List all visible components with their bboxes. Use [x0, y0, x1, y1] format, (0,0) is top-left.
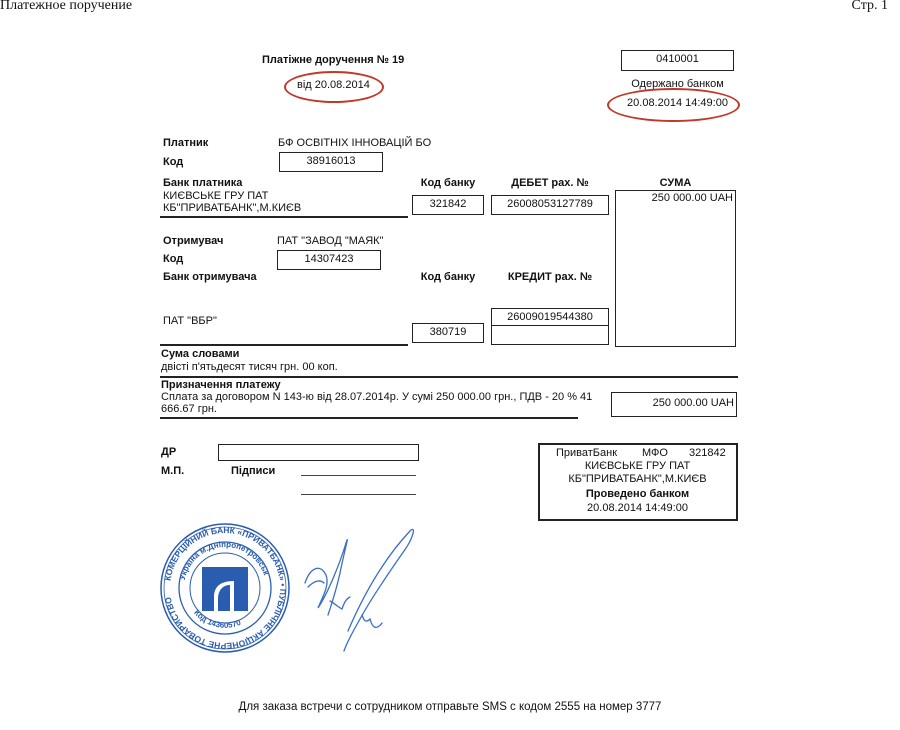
document-title: Платіжне доручення № 19 — [262, 54, 404, 67]
payer-bank-name-line2: КБ"ПРИВАТБАНК",М.КИЄВ — [163, 202, 301, 215]
recipient-bank-code: 380719 — [430, 326, 467, 338]
recipient-code-label: Код — [163, 253, 183, 266]
credit-account: 26009019544380 — [507, 311, 593, 323]
purpose-line1: Сплата за договором N 143-ю від 28.07.20… — [161, 391, 592, 404]
debit-account: 26008053127789 — [507, 198, 593, 210]
handwritten-signature — [300, 523, 420, 660]
stamp-bank-name: ПриватБанк — [556, 447, 617, 460]
document-date: від 20.08.2014 — [297, 79, 370, 92]
payer-bank-divider — [160, 216, 408, 218]
stamp-mfo: 321842 — [689, 447, 726, 460]
debit-account-box: 26008053127789 — [491, 195, 609, 215]
recipient-bank-code-box: 380719 — [412, 323, 484, 343]
signature-scribble-icon — [300, 523, 420, 660]
page-number: Стр. 1 — [852, 0, 888, 14]
recipient-bank-name: ПАТ "ВБР" — [163, 315, 217, 328]
payer-bank-label: Банк платника — [163, 177, 242, 190]
purpose-line2: 666.67 грн. — [161, 403, 217, 416]
stamp-datetime: 20.08.2014 14:49:00 — [540, 502, 735, 515]
bank-seal-stamp: КОМЕРЦІЙНИЙ БАНК «ПРИВАТБАНК» • ПУБЛІЧНЕ… — [158, 521, 292, 655]
recipient-code: 14307423 — [305, 253, 354, 265]
stamp-mfo-label: МФО — [642, 447, 668, 460]
signature-line-2 — [301, 494, 416, 495]
purpose-amount: 250 000.00 UAH — [653, 397, 734, 409]
stamp-line1: КИЄВСЬКЕ ГРУ ПАТ — [540, 460, 735, 473]
purpose-divider — [160, 417, 578, 419]
recipient-code-box: 14307423 — [277, 250, 381, 270]
amount-label: СУМА — [615, 177, 736, 190]
page-title: Платежное поручение — [0, 0, 132, 14]
amount-value: 250 000.00 UAH — [652, 192, 733, 204]
stamp-line2: КБ"ПРИВАТБАНК",М.КИЄВ — [540, 473, 735, 486]
payer-bank-code-box: 321842 — [412, 195, 484, 215]
amount-box: 250 000.00 UAH — [615, 190, 736, 347]
payer-bank-code: 321842 — [430, 198, 467, 210]
payer-label: Платник — [163, 137, 208, 150]
signature-line-1 — [301, 475, 416, 476]
bank-stamp-box: ПриватБанк МФО 321842 КИЄВСЬКЕ ГРУ ПАТ К… — [538, 443, 738, 521]
received-datetime: 20.08.2014 14:49:00 — [610, 97, 745, 110]
amount-words-divider — [160, 376, 738, 378]
payer-bank-code-label: Код банку — [412, 177, 484, 190]
form-code-box: 0410001 — [621, 50, 734, 71]
dr-label: ДР — [161, 446, 176, 459]
recipient-name: ПАТ "ЗАВОД "МАЯК" — [277, 235, 384, 248]
recipient-label: Отримувач — [163, 235, 223, 248]
debit-account-label: ДЕБЕТ рах. № — [491, 177, 609, 190]
stamp-status: Проведено банком — [540, 488, 735, 501]
credit-account-label: КРЕДИТ рах. № — [491, 271, 609, 284]
footer-note: Для заказа встречи с сотрудником отправь… — [0, 701, 900, 714]
payer-code: 38916013 — [307, 155, 356, 167]
dr-field — [218, 444, 419, 461]
purpose-amount-box: 250 000.00 UAH — [611, 392, 737, 417]
payer-name: БФ ОСВІТНІХ ІННОВАЦІЙ БО — [278, 137, 431, 150]
amount-words-value: двісті п'ятьдесят тисяч грн. 00 коп. — [161, 361, 338, 374]
amount-words-label: Сума словами — [161, 348, 239, 361]
payer-code-label: Код — [163, 156, 183, 169]
recipient-bank-divider — [160, 344, 408, 346]
form-code: 0410001 — [656, 53, 699, 65]
signatures-label: Підписи — [231, 465, 275, 478]
bank-seal-icon: КОМЕРЦІЙНИЙ БАНК «ПРИВАТБАНК» • ПУБЛІЧНЕ… — [158, 521, 292, 655]
mp-label: М.П. — [161, 465, 184, 478]
recipient-bank-label: Банк отримувача — [163, 271, 257, 284]
credit-account-extra-box — [491, 325, 609, 345]
recipient-bank-code-label: Код банку — [412, 271, 484, 284]
payer-code-box: 38916013 — [279, 152, 383, 172]
